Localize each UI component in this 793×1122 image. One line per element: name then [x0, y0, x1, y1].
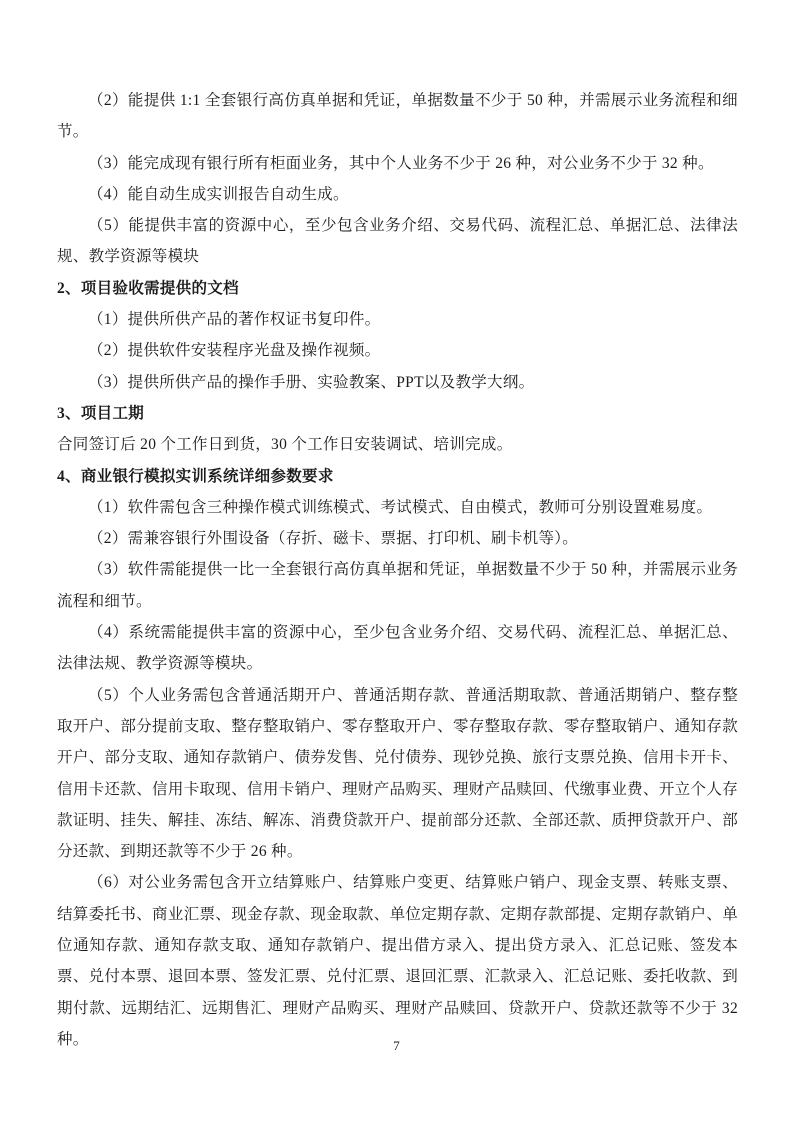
paragraph: （3）能完成现有银行所有柜面业务，其中个人业务不少于 26 种，对公业务不少于 … — [57, 148, 738, 179]
paragraph: （5）能提供丰富的资源中心，至少包含业务介绍、交易代码、流程汇总、单据汇总、法律… — [57, 210, 738, 273]
page-number: 7 — [393, 1038, 400, 1053]
paragraph: （4）能自动生成实训报告自动生成。 — [57, 179, 738, 210]
paragraph: （1）软件需包含三种操作模式训练模式、考试模式、自由模式，教师可分别设置难易度。 — [57, 492, 738, 523]
paragraph: （2）需兼容银行外围设备（存折、磁卡、票据、打印机、刷卡机等）。 — [57, 523, 738, 554]
paragraph: （1）提供所供产品的著作权证书复印件。 — [57, 304, 738, 335]
page-footer: 7 — [0, 1036, 793, 1056]
document-body: （2）能提供 1:1 全套银行高仿真单据和凭证，单据数量不少于 50 种，并需展… — [57, 85, 738, 1055]
paragraph: （5）个人业务需包含普通活期开户、普通活期存款、普通活期取款、普通活期销户、整存… — [57, 680, 738, 868]
paragraph: （4）系统需能提供丰富的资源中心，至少包含业务介绍、交易代码、流程汇总、单据汇总… — [57, 617, 738, 680]
section-heading: 3、项目工期 — [57, 398, 738, 429]
document-page: （2）能提供 1:1 全套银行高仿真单据和凭证，单据数量不少于 50 种，并需展… — [0, 0, 793, 1122]
paragraph: （2）提供软件安装程序光盘及操作视频。 — [57, 335, 738, 366]
section-heading: 2、项目验收需提供的文档 — [57, 273, 738, 304]
paragraph: （6）对公业务需包含开立结算账户、结算账户变更、结算账户销户、现金支票、转账支票… — [57, 867, 738, 1055]
paragraph: （3）软件需能提供一比一全套银行高仿真单据和凭证，单据数量不少于 50 种，并需… — [57, 554, 738, 617]
paragraph: （3）提供所供产品的操作手册、实验教案、PPT以及教学大纲。 — [57, 367, 738, 398]
section-heading: 4、商业银行模拟实训系统详细参数要求 — [57, 461, 738, 492]
paragraph: 合同签订后 20 个工作日到货，30 个工作日安装调试、培训完成。 — [57, 429, 738, 460]
paragraph: （2）能提供 1:1 全套银行高仿真单据和凭证，单据数量不少于 50 种，并需展… — [57, 85, 738, 148]
